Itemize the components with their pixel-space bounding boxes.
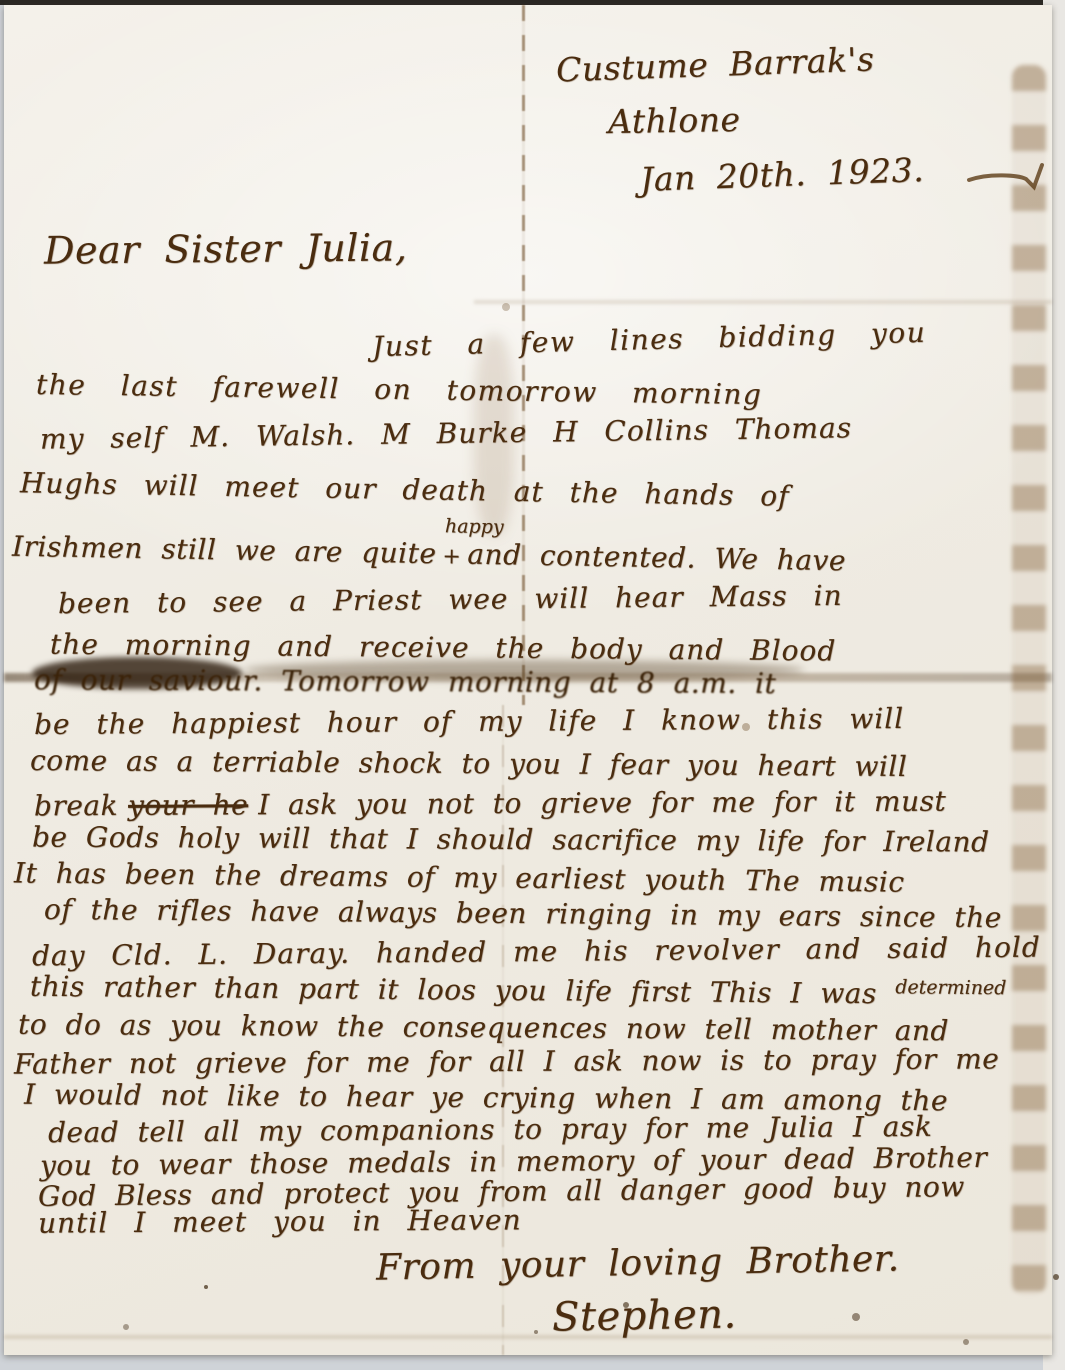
- letter-line: come as a terriable shock to you I fear …: [30, 744, 908, 783]
- letter-line: breakyour heI ask you not to grieve for …: [34, 785, 946, 823]
- line-text: break: [34, 789, 118, 822]
- salutation: Dear Sister Julia,: [44, 225, 408, 272]
- letter-line: Father not grieve for me for all I ask n…: [14, 1042, 999, 1080]
- horizontal-fold-bottom: [4, 1335, 1052, 1339]
- superscript-word: determined: [895, 976, 1006, 999]
- letter-line: of the rifles have always been ringing i…: [44, 893, 1002, 934]
- letter-line: to do as you know the consequences now t…: [18, 1008, 949, 1047]
- letter-line: the last farewell on tomorrow morning: [36, 368, 763, 411]
- letter-paper: Custume Barrak's Athlone Jan 20th. 1923.…: [4, 5, 1052, 1355]
- closing: From your loving Brother.: [376, 1238, 900, 1288]
- signature: Stephen.: [552, 1291, 737, 1340]
- letter-line: this rather than part it loos you life f…: [30, 969, 1007, 1012]
- letter-line: Just a few lines bidding you: [372, 316, 927, 363]
- struck-words: your he: [128, 788, 248, 822]
- inserted-word: happy: [445, 515, 504, 538]
- letter-line: of our saviour. Tomorrow morning at 8 a.…: [34, 663, 776, 700]
- ink-mark-icon: [964, 135, 1054, 205]
- letter-line: until I meet you in Heaven: [38, 1203, 522, 1239]
- paper-speckles: [204, 1285, 208, 1289]
- line-text: and contented. We have: [467, 538, 846, 578]
- letter-line: my self M. Walsh. M Burke H Collins Thom…: [40, 411, 852, 455]
- caret-mark: +: [442, 544, 461, 569]
- line-text: this rather than part it loos you life f…: [30, 970, 877, 1010]
- scanned-letter: Custume Barrak's Athlone Jan 20th. 1923.…: [0, 0, 1065, 1370]
- letter-line: been to see a Priest wee will hear Mass …: [58, 579, 843, 620]
- heading-date: Jan 20th. 1923.: [639, 150, 924, 199]
- letter-line: Hughs will meet our death at the hands o…: [20, 466, 790, 512]
- line-text: I ask you not to grieve for me for it mu…: [258, 785, 946, 822]
- heading-place-line1: Custume Barrak's: [555, 39, 875, 89]
- heading-place-line2: Athlone: [608, 100, 741, 141]
- line-text: Irishmen still we are quite: [12, 530, 437, 570]
- letter-line: Irishmen still we are quitehappy+and con…: [12, 530, 846, 578]
- letter-line: It has been the dreams of my earliest yo…: [14, 856, 905, 898]
- letter-line: day Cld. L. Daray. handed me his revolve…: [32, 931, 1041, 973]
- letter-line: the morning and receive the body and Blo…: [50, 628, 837, 668]
- letter-line: be Gods holy will that I should sacrific…: [32, 820, 990, 858]
- letter-line: be the happiest hour of my life I know t…: [34, 702, 904, 741]
- inserted-word-wrap: happy+: [442, 537, 462, 570]
- horizontal-fold-faint: [474, 300, 1052, 304]
